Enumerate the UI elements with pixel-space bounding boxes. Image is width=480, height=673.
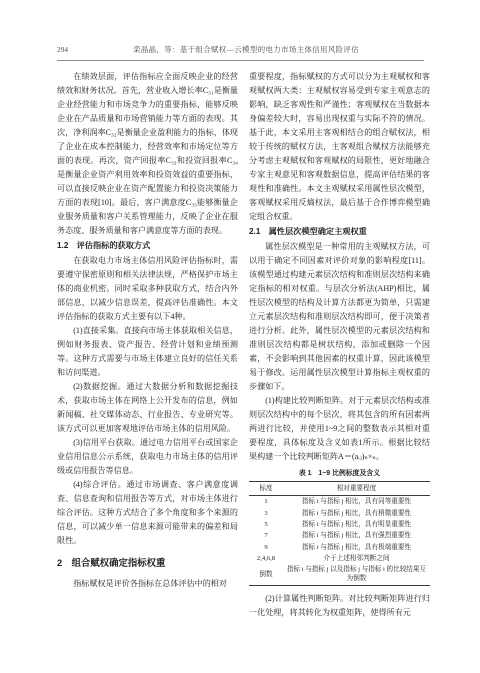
- paragraph-method-data-mining: (2)数据挖掘。通过大数据分析和数据挖掘技术，获取市场主体在网络上公开发布的信息…: [57, 380, 238, 436]
- column-header-importance: 相对重要程度: [283, 482, 430, 496]
- paragraph-step-2: (2)计算属性判断矩阵。对比较判断矩阵进行归一化处理，将其转化为权重矩阵，使得所…: [249, 592, 430, 620]
- table-row: 9 指标 i 与指标 j 相比，具有极端重要性: [249, 542, 430, 553]
- running-title: 栾晶晶，等：基于组合赋权—云模型的电力市场主体信用风险评估: [68, 45, 424, 54]
- page-number: 294: [57, 45, 68, 54]
- paragraph-step-1: (1)构建比较判断矩阵。对于元素层次结构或准则层次结构中的每个层次，将其包含的所…: [249, 394, 430, 464]
- cell-scale: 倒数: [249, 564, 283, 585]
- cell-meaning: 指标 i 与指标 j 相比，具有极端重要性: [283, 542, 430, 553]
- cell-meaning: 指标 i 与指标 j 相比，具有稍微重要性: [283, 507, 430, 518]
- cell-scale: 1: [249, 496, 283, 508]
- cell-scale: 7: [249, 530, 283, 541]
- paper-page: 294 栾晶晶，等：基于组合赋权—云模型的电力市场主体信用风险评估 在绩效层面，…: [0, 0, 480, 673]
- paragraph-method-direct-collection: (1)直接采集。直接向市场主体获取相关信息，例如财务报表、资产报告、经营计划和业…: [57, 324, 238, 380]
- table-row: 3 指标 i 与指标 j 相比，具有稍微重要性: [249, 507, 430, 518]
- cell-scale: 9: [249, 542, 283, 553]
- cell-meaning: 指标 i 与指标 j 相比，具有明显重要性: [283, 519, 430, 530]
- running-head: 294 栾晶晶，等：基于组合赋权—云模型的电力市场主体信用风险评估: [57, 45, 424, 54]
- table-1-caption: 表 1 1~9 比例标度及含义: [249, 469, 430, 478]
- paragraph-weighting-intro: 指标赋权是评价各指标在总体评估中的相对: [57, 577, 238, 591]
- heading-section-2: 2 组合赋权确定指标权重: [57, 557, 238, 569]
- header-rule: [57, 60, 424, 61]
- cell-scale: 2,4,6,8: [249, 553, 283, 564]
- paragraph-ahm-intro: 属性层次模型是一种常用的主观赋权方法，可以用于确定不同因素对评价对象的影响程度[…: [249, 240, 430, 394]
- right-column: 重要程度，指标赋权的方式可以分为主观赋权和客观赋权两大类：主观赋权容易受到专家主…: [249, 70, 430, 620]
- table-row: 5 指标 i 与指标 j 相比，具有明显重要性: [249, 519, 430, 530]
- cell-meaning: 指标 i 与指标 j 相比，具有强烈重要性: [283, 530, 430, 541]
- paragraph-acquisition-intro: 在获取电力市场主体信用风险评估指标时，需要遵守保密原则和相关法律法规，严格保护市…: [57, 254, 238, 324]
- paragraph-performance-indicators: 在绩效层面，评估指标应全面反映企业的经营绩效和财务状况。首先，营业收入增长率C₃…: [57, 70, 238, 238]
- table-row: 2,4,6,8 介于上述相邻判断之间: [249, 553, 430, 564]
- table-row: 7 指标 i 与指标 j 相比，具有强烈重要性: [249, 530, 430, 541]
- heading-2-1: 2.1 属性层次模型确定主观权重: [249, 225, 430, 239]
- paragraph-method-comprehensive: (4)综合评估。通过市场调查、客户满意度调查、信息查询和信用报告等方式，对市场主…: [57, 478, 238, 548]
- heading-1-2: 1.2 评估指标的获取方式: [57, 239, 238, 253]
- paragraph-weighting-continued: 重要程度，指标赋权的方式可以分为主观赋权和客观赋权两大类：主观赋权容易受到专家主…: [249, 70, 430, 224]
- table-row: 倒数 指标 i 与指标 j 以及指标 j 与指标 i 的比较结果互为倒数: [249, 564, 430, 585]
- table-header-row: 标度 相对重要程度: [249, 482, 430, 496]
- cell-scale: 5: [249, 519, 283, 530]
- paragraph-method-credit-platform: (3)信用平台获取。通过电力信用平台或国家企业信用信息公示系统，获取电力市场主体…: [57, 436, 238, 478]
- table-1-scale-meaning: 标度 相对重要程度 1 指标 i 与指标 j 相比，具有同等重要性 3 指标 i…: [249, 481, 430, 586]
- left-column: 在绩效层面，评估指标应全面反映企业的经营绩效和财务状况。首先，营业收入增长率C₃…: [57, 70, 238, 591]
- table-row: 1 指标 i 与指标 j 相比，具有同等重要性: [249, 496, 430, 508]
- column-header-scale: 标度: [249, 482, 283, 496]
- cell-meaning: 指标 i 与指标 j 相比，具有同等重要性: [283, 496, 430, 508]
- cell-meaning: 介于上述相邻判断之间: [283, 553, 430, 564]
- cell-scale: 3: [249, 507, 283, 518]
- cell-meaning: 指标 i 与指标 j 以及指标 j 与指标 i 的比较结果互为倒数: [283, 564, 430, 585]
